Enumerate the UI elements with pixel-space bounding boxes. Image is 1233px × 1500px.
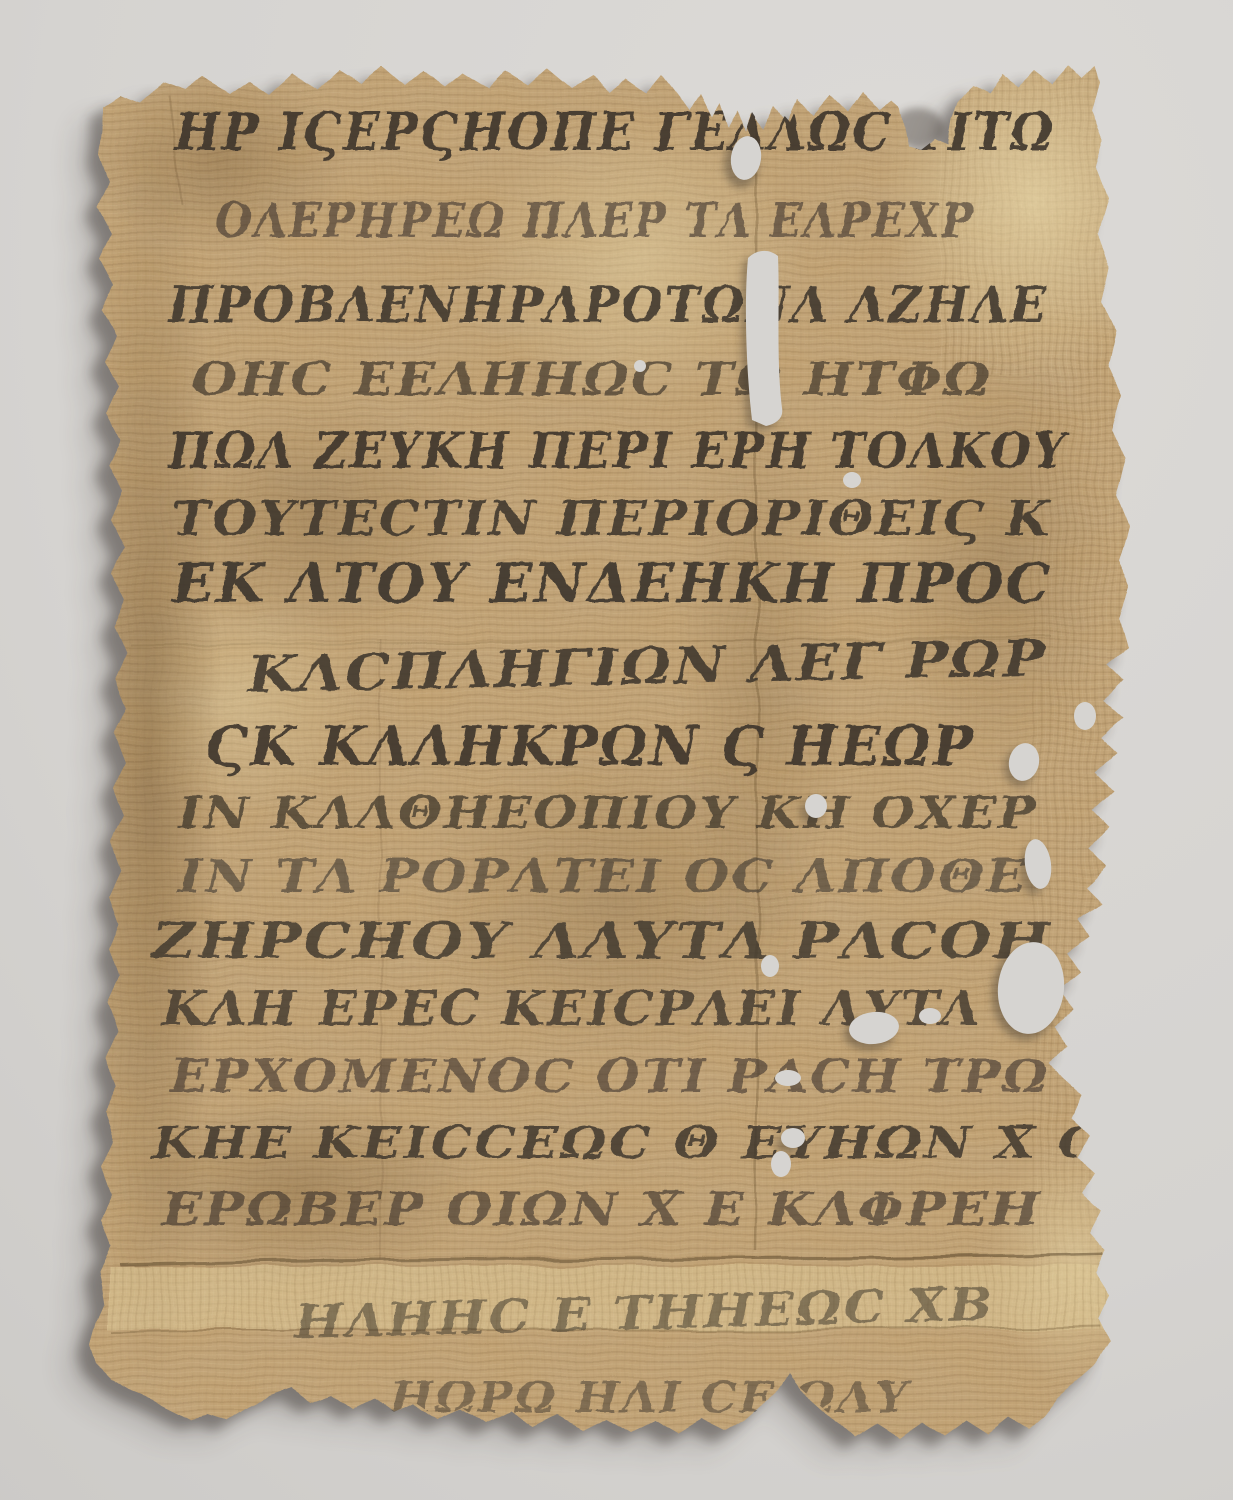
papyrus-hole <box>805 794 827 818</box>
papyrus-text-line: ΤΟΥΤΕϹΤΙΝ ΠΕΡΙΟΡΙΘΕΙϚ Κ <box>172 491 1052 547</box>
papyrus-text-line: ΕΚ ΛΤΟΥ ΕΝΔΕΗΚΗ ΠΡΟϹ <box>170 551 1052 615</box>
papyrus-hole <box>746 251 782 426</box>
papyrus-hole <box>634 360 646 372</box>
papyrus-text-line: ΠΩΛ ΖΕΥΚΗ ΠΕΡΙ ΕΡΗ ΤΟΛΚΟΥ <box>166 421 1070 480</box>
papyrus-hole <box>1074 702 1096 730</box>
papyrus-text-line: ΙΝ ΤΛ ΡΟΡΛΤΕΙ ΟϹ ΛΠΟΘΕ <box>176 849 1028 903</box>
papyrus-text-line: ΙΝ ΚΛΛΘΗΕΟΠΙΟΥ ΚΗ ΟΧΕΡ <box>176 788 1038 839</box>
papyrus-text-line: ΕΡΩΒΕΡ ΟΙΩΝ Χ̄ Ε ΚΛΦΡΕΗ <box>160 1182 1042 1236</box>
papyrus-text-line: ΟΛΕΡΗΡΕΩ ΠΛΕΡ ΤΛ ΕΛΡΕΧΡ <box>215 193 975 249</box>
papyrus-text-line: ΠΡΟΒΛΕΝΗΡΛΡΟΤΩΝΛ ΛΖΗΛΕ <box>166 275 1048 334</box>
papyrus-text-line: ΚΗΕ ΚΕΙϹϹΕΩϹ Θ ΕΥΗΩΝ Χ̄ Ϲ <box>150 1118 1102 1169</box>
papyrus-text-line: ΕΡΧΟΜΕΝΟϹ ΟΤΙ ΡΛϹΗ ΤΡΩ <box>168 1049 1050 1103</box>
papyrus-hole <box>781 1128 805 1148</box>
papyrus-hole <box>919 1008 941 1024</box>
greek-text: ΗΡ ΙϚΕΡϚΗΟΠΕ ΓΕΛΛΩϹ ΤΙΤΩ ΟΛΕΡΗΡΕΩ ΠΛΕΡ Τ… <box>150 102 1102 1422</box>
papyrus-text-line: ΖΗΡϹΗΟΥ ΛΛΥΤΛ ΡΛϹΟΗ <box>150 911 1052 970</box>
papyrus-hole <box>761 955 779 977</box>
papyrus-text-line: ϚΚ ΚΛΛΗΚΡΩΝ Ϛ Η̄ΕΩΡ <box>205 714 975 778</box>
papyrus-photograph: ΗΡ ΙϚΕΡϚΗΟΠΕ ΓΕΛΛΩϹ ΤΙΤΩ ΟΛΕΡΗΡΕΩ ΠΛΕΡ Τ… <box>0 0 1233 1500</box>
papyrus-hole <box>843 472 861 488</box>
papyrus-hole <box>775 1070 801 1086</box>
papyrus-text-line: ΟΗϹ ΕΕΛΗΗΩϹ ΤΩ ΗΤΦΩ <box>192 352 992 406</box>
papyrus-hole <box>771 1151 791 1177</box>
